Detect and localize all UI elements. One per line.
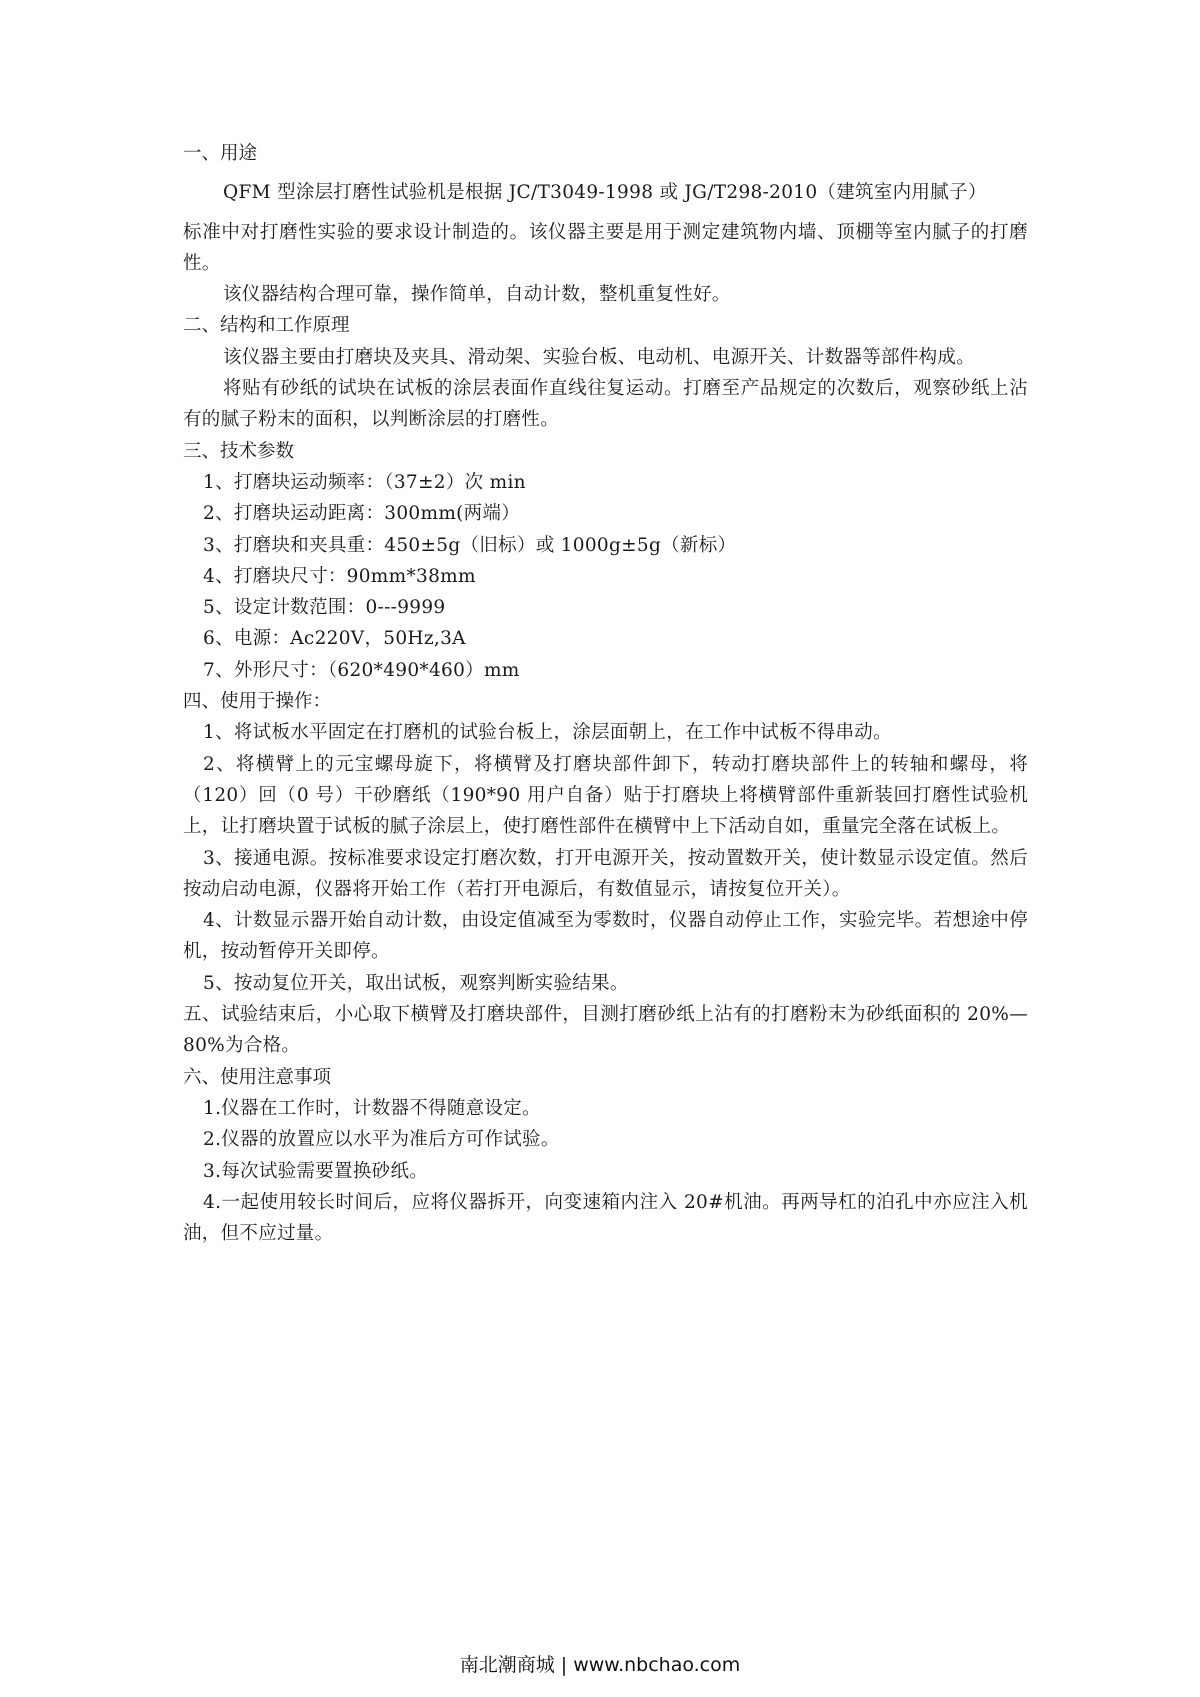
- operation-step: 3、接通电源。按标准要求设定打磨次数，打开电源开关，按动置数开关，使计数显示设定…: [183, 843, 1028, 906]
- precaution-item: 4.一起使用较长时间后，应将仪器拆开，向变速箱内注入 20#机油。再两导杠的泊孔…: [183, 1187, 1028, 1250]
- spec-item: 1、打磨块运动频率：（37±2）次 min: [183, 467, 1028, 498]
- footer-watermark: 南北潮商城 | www.nbchao.com: [0, 1650, 1200, 1677]
- operation-step: 4、计数显示器开始自动计数，由设定值减至为零数时，仪器自动停止工作，实验完毕。若…: [183, 905, 1028, 968]
- spec-item: 4、打磨块尺寸：90mm*38mm: [183, 561, 1028, 592]
- precaution-item: 2.仪器的放置应以水平为准后方可作试验。: [183, 1124, 1028, 1155]
- operation-step: 1、将试板水平固定在打磨机的试验台板上，涂层面朝上，在工作中试板不得串动。: [183, 717, 1028, 748]
- structure-paragraph-1: 该仪器主要由打磨块及夹具、滑动架、实验台板、电动机、电源开关、计数器等部件构成。: [183, 342, 1028, 373]
- section-heading-purpose: 一、用途: [183, 138, 1028, 169]
- precaution-item: 1.仪器在工作时，计数器不得随意设定。: [183, 1093, 1028, 1124]
- section-heading-operation: 四、使用于操作：: [183, 686, 1028, 717]
- purpose-paragraph-line1: QFM 型涂层打磨性试验机是根据 JC/T3049-1998 或 JG/T298…: [183, 177, 1028, 208]
- operation-step: 5、按动复位开关，取出试板，观察判断实验结果。: [183, 968, 1028, 999]
- structure-paragraph-2: 将贴有砂纸的试块在试板的涂层表面作直线往复运动。打磨至产品规定的次数后，观察砂纸…: [183, 373, 1028, 436]
- purpose-paragraph-rest: 标准中对打磨性实验的要求设计制造的。该仪器主要是用于测定建筑物内墙、顶棚等室内腻…: [183, 217, 1028, 280]
- section-result-criteria: 五、试验结束后，小心取下横臂及打磨块部件，目测打磨砂纸上沾有的打磨粉末为砂纸面积…: [183, 999, 1028, 1062]
- document-page: 一、用途 QFM 型涂层打磨性试验机是根据 JC/T3049-1998 或 JG…: [183, 138, 1028, 1249]
- spec-item: 2、打磨块运动距离：300mm(两端）: [183, 498, 1028, 529]
- precaution-item: 3.每次试验需要置换砂纸。: [183, 1156, 1028, 1187]
- spec-item: 3、打磨块和夹具重：450±5g（旧标）或 1000g±5g（新标）: [183, 530, 1028, 561]
- section-heading-structure: 二、结构和工作原理: [183, 310, 1028, 341]
- purpose-paragraph-2: 该仪器结构合理可靠，操作简单，自动计数，整机重复性好。: [183, 279, 1028, 310]
- section-heading-specs: 三、技术参数: [183, 436, 1028, 467]
- section-heading-precautions: 六、使用注意事项: [183, 1062, 1028, 1093]
- spec-item: 6、电源：Ac220V，50Hz,3A: [183, 623, 1028, 654]
- spec-item: 5、设定计数范围：0---9999: [183, 592, 1028, 623]
- spec-item: 7、外形尺寸：（620*490*460）mm: [183, 655, 1028, 686]
- operation-step: 2、将横臂上的元宝螺母旋下，将横臂及打磨块部件卸下，转动打磨块部件上的转轴和螺母…: [183, 749, 1028, 843]
